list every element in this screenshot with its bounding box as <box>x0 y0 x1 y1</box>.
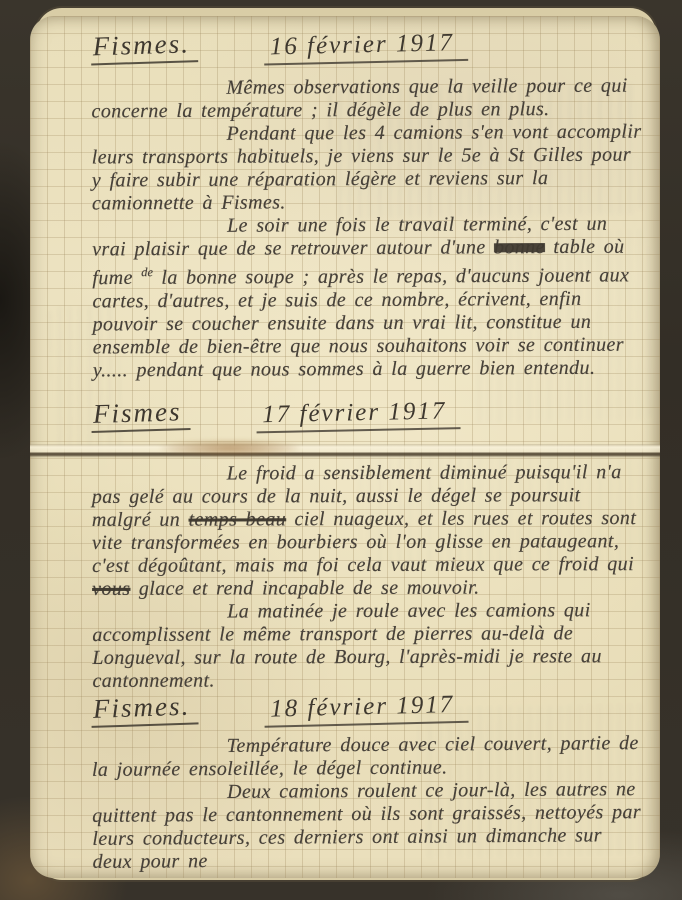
entry-header: Fismes.16 février 1917 <box>91 29 641 78</box>
text-segment: Mêmes observations que la veille pour ce… <box>91 75 627 123</box>
entry-paragraph: Mêmes observations que la veille pour ce… <box>91 75 641 124</box>
notebook-photo: Fismes.16 février 1917Mêmes observations… <box>0 0 682 900</box>
text-segment: La matinée je roule avec les camions qui… <box>92 599 602 692</box>
text-segment: Température douce avec ciel couvert, par… <box>92 732 639 781</box>
diary-entry: Fismes17 février 1917Le froid a sensible… <box>91 397 642 693</box>
entry-paragraph: La matinée je roule avec les camions qui… <box>92 599 642 693</box>
text-segment: la bonne soupe ; après le repas, d'aucun… <box>92 264 629 381</box>
entry-place: Fismes <box>91 396 190 433</box>
text-segment: glace et rend incapable de se mouvoir. <box>130 577 479 600</box>
text-segment: Deux camions roulent ce jour-là, les aut… <box>92 778 641 873</box>
entry-paragraph: Le soir une fois le travail terminé, c'e… <box>92 213 643 383</box>
entry-paragraph: Deux camions roulent ce jour-là, les aut… <box>92 778 643 874</box>
text-segment-scribble: bonne <box>494 236 545 258</box>
entry-date: 17 février 1917 <box>255 397 460 433</box>
diary-entry: Fismes.18 février 1917Température douce … <box>91 690 642 874</box>
entry-paragraph: Pendant que les 4 camions s'en vont acco… <box>92 121 642 216</box>
entry-header: Fismes.18 février 1917 <box>91 690 641 736</box>
notebook-page: Fismes.16 février 1917Mêmes observations… <box>30 16 660 878</box>
text-segment-struck: temps beau <box>189 508 287 530</box>
entry-date: 18 février 1917 <box>264 691 469 728</box>
text-segment-struck: vous <box>92 578 130 600</box>
diary-entries: Fismes.16 février 1917Mêmes observations… <box>30 16 660 878</box>
entry-date: 16 février 1917 <box>264 29 469 66</box>
entry-place: Fismes. <box>90 690 198 728</box>
entry-header: Fismes17 février 1917 <box>91 397 641 445</box>
entry-place: Fismes. <box>90 28 198 65</box>
text-segment: Pendant que les 4 camions s'en vont acco… <box>92 121 642 215</box>
text-segment-sup: de <box>141 265 153 279</box>
diary-entry: Fismes.16 février 1917Mêmes observations… <box>91 29 643 383</box>
entry-paragraph: Le froid a sensiblement diminué puisqu'i… <box>92 461 642 601</box>
entry-paragraph: Température douce avec ciel couvert, par… <box>92 732 642 782</box>
